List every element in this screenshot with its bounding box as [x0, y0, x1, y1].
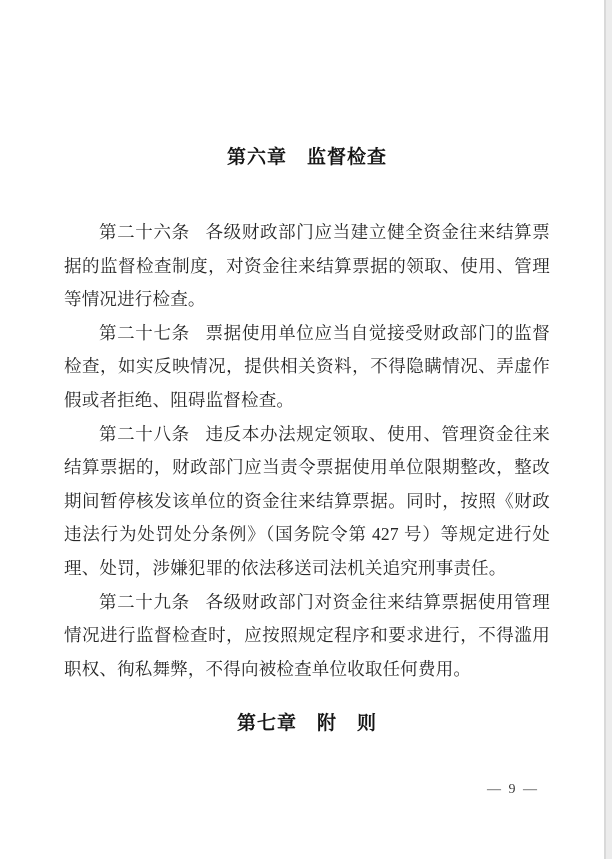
article-28-text: 违反本办法规定领取、使用、管理资金往来结算票据的，财政部门应当责令票据使用单位限…	[64, 424, 550, 578]
article-29-number: 第二十九条	[99, 592, 190, 612]
chapter7-heading: 第七章 附 则	[64, 712, 550, 736]
scan-edge-line	[604, 0, 606, 859]
article-29: 第二十九条各级财政部门对资金往来结算票据使用管理情况进行监督检查时，应按照规定程…	[64, 586, 550, 687]
chapter6-heading: 第六章 监督检查	[64, 146, 550, 170]
article-26-number: 第二十六条	[99, 222, 190, 242]
article-26: 第二十六条各级财政部门应当建立健全资金往来结算票据的监督检查制度，对资金往来结算…	[64, 216, 550, 317]
page-number: — 9 —	[487, 781, 539, 799]
article-27-number: 第二十七条	[99, 323, 190, 343]
article-body: 第二十六条各级财政部门应当建立健全资金往来结算票据的监督检查制度，对资金往来结算…	[64, 216, 550, 686]
scanned-document-page: 第六章 监督检查 第二十六条各级财政部门应当建立健全资金往来结算票据的监督检查制…	[0, 0, 612, 859]
article-27: 第二十七条票据使用单位应当自觉接受财政部门的监督检查，如实反映情况，提供相关资料…	[64, 317, 550, 418]
document-content: 第六章 监督检查 第二十六条各级财政部门应当建立健全资金往来结算票据的监督检查制…	[64, 146, 550, 736]
scan-edge-strip	[606, 0, 612, 859]
article-28-number: 第二十八条	[99, 424, 190, 444]
article-28: 第二十八条违反本办法规定领取、使用、管理资金往来结算票据的，财政部门应当责令票据…	[64, 418, 550, 586]
